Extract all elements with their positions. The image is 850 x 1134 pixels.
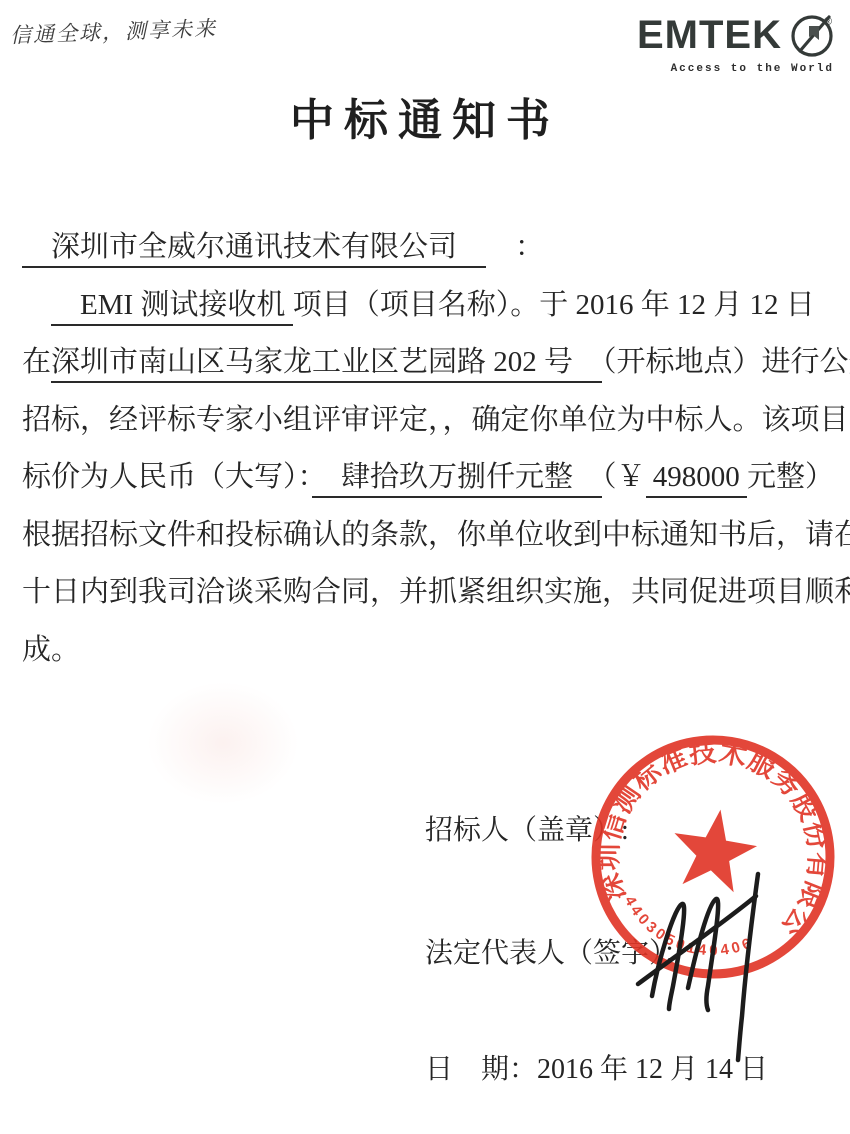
body-line: 招标，经评标专家小组评审评定，，确定你单位为中标人。该项目中: [22, 392, 828, 450]
body-line: EMI 测试接收机 项目（项目名称）。于 2016 年 12 月 12 日: [22, 277, 828, 335]
registered-trademark-symbol: ®: [824, 16, 832, 28]
legal-representative-signature: [598, 866, 830, 1066]
body-line: 标价为人民币（大写）： 肆拾玖万捌仟元整 （￥ 498000 元整）: [22, 449, 828, 507]
body-line: 根据招标文件和投标确认的条款，你单位收到中标通知书后，请在三: [22, 507, 828, 565]
emtek-logo: EMTEK ® Access to the World: [637, 10, 838, 75]
body-text: 十日内到我司洽谈采购合同，并抓紧组织实施，共同促进项目顺利完: [22, 576, 850, 608]
body-line: 深圳市全威尔通讯技术有限公司 ：: [22, 219, 828, 277]
body-text: 标价为人民币（大写）：: [22, 461, 312, 493]
body-text: 成。: [22, 634, 80, 666]
document-title: 中标通知书: [0, 84, 850, 148]
filled-blank: 肆拾玖万捌仟元整: [312, 461, 602, 498]
filled-blank: 深圳市全威尔通讯技术有限公司: [22, 231, 486, 268]
body-text: 根据招标文件和投标确认的条款，你单位收到中标通知书后，请在三: [22, 519, 850, 551]
body-text: （开标地点）进行公开: [602, 346, 850, 378]
body-text: 元整）: [747, 461, 834, 493]
body-text: [22, 289, 51, 321]
body-text: 项目（项目名称）。于 2016 年 12 月 12 日: [293, 289, 815, 321]
body-line: 十日内到我司洽谈采购合同，并抓紧组织实施，共同促进项目顺利完: [22, 564, 828, 622]
filled-blank: 498000: [646, 461, 748, 498]
logo-tagline: Access to the World: [637, 63, 838, 75]
handwritten-slogan: 信通全球，测享未来: [10, 12, 218, 49]
body-lines: 深圳市全威尔通讯技术有限公司 ： EMI 测试接收机 项目（项目名称）。于 20…: [22, 219, 828, 679]
date-label: 日 期：: [425, 1054, 537, 1085]
body-line: 在深圳市南山区马家龙工业区艺园路 202 号 （开标地点）进行公开: [22, 334, 828, 392]
body-text: 招标，经评标专家小组评审评定，，确定你单位为中标人。该项目中: [22, 404, 850, 436]
emtek-logo-text: EMTEK: [637, 15, 782, 55]
body-text: ：: [486, 231, 544, 263]
filled-blank: EMI 测试接收机: [51, 289, 293, 326]
body-text: 在: [22, 346, 51, 378]
body-line: 成。: [22, 622, 828, 680]
body-text: （￥: [602, 461, 646, 493]
filled-blank: 深圳市南山区马家龙工业区艺园路 202 号: [51, 346, 602, 383]
ghost-stamp-smudge: [118, 658, 328, 828]
document-page: 信通全球，测享未来 EMTEK ® Access to the World 中标…: [0, 0, 850, 1134]
